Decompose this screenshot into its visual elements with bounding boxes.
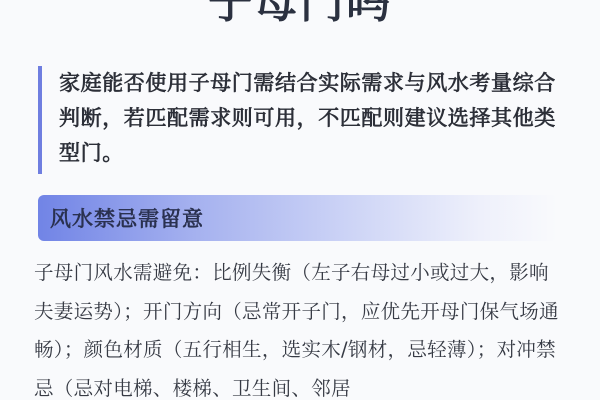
- title-container: 子母门吗: [0, 0, 600, 28]
- page-title: 子母门吗: [0, 0, 600, 28]
- summary-text: 家庭能否使用子母门需结合实际需求与风水考量综合判断，若匹配需求则可用，不匹配则建…: [59, 66, 563, 171]
- section-body-text: 子母门风水需避免：比例失衡（左子右母过小或过大，影响夫妻运势）；开门方向（忌常开…: [34, 254, 564, 400]
- section-heading-banner: 风水禁忌需留意: [38, 195, 558, 241]
- summary-quote: 家庭能否使用子母门需结合实际需求与风水考量综合判断，若匹配需求则可用，不匹配则建…: [38, 66, 563, 174]
- article-page: 子母门吗 家庭能否使用子母门需结合实际需求与风水考量综合判断，若匹配需求则可用，…: [0, 0, 600, 400]
- section-heading: 风水禁忌需留意: [50, 203, 204, 233]
